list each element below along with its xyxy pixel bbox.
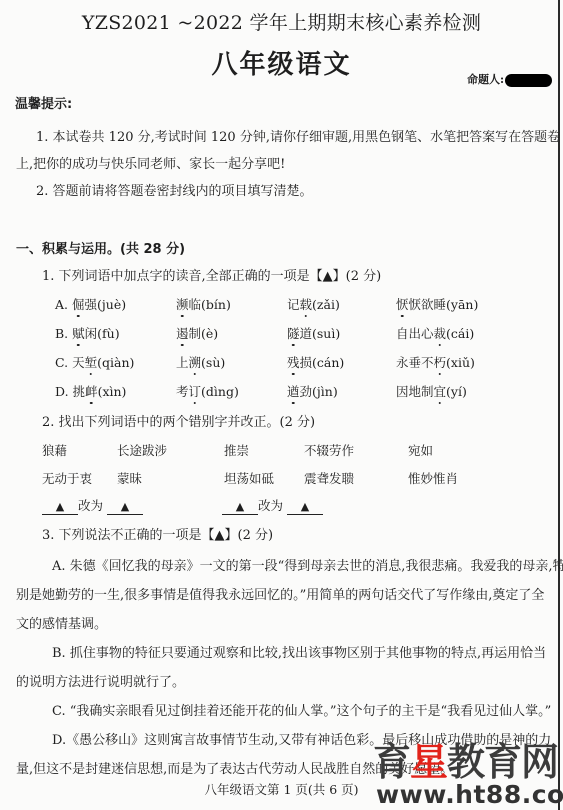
q2-word: 长途跋涉 [117, 441, 167, 459]
watermark: 育星教育网 www.ht88.com [373, 742, 563, 808]
q1-option-b-2: 遏制(è) [176, 324, 218, 342]
change-to-label: 改为 [78, 498, 103, 513]
answer-blank[interactable]: ▲ [222, 500, 258, 515]
q2-correction-2: ▲改为 ▲ [222, 496, 323, 515]
change-to-label: 改为 [258, 498, 283, 513]
q1-option-b-1: B. 赋闲(fù) [55, 324, 120, 342]
q2-stem: 2. 找出下列词语中的两个错别字并改正。(2 分) [42, 411, 315, 430]
author-line: 命题人: [467, 71, 552, 87]
q3-option-c-line-1: C. “我确实亲眼看见过倒挂着还能开花的仙人掌。”这个句子的主干是“我看见过仙人… [52, 700, 551, 719]
watermark-logo-text: 育星教育网 [373, 742, 563, 782]
q3-option-a-line-1: A. 朱德《回忆我的母亲》一文的第一段“得到母亲去世的消息,我很悲痛。我爱我的母… [52, 555, 563, 574]
section-1-title: 一、积累与运用。(共 28 分) [16, 238, 185, 257]
answer-blank[interactable]: ▲ [287, 500, 323, 515]
answer-blank[interactable]: ▲ [107, 500, 143, 515]
q2-word: 不辍劳作 [304, 441, 354, 459]
q2-correction-1: ▲改为 ▲ [42, 496, 143, 515]
q1-option-b-4: 自出心裁(cái) [396, 324, 474, 342]
q2-word: 坦荡如砥 [224, 469, 274, 487]
q1-option-b-3: 隧道(suì) [287, 324, 340, 342]
q1-stem: 1. 下列词语中加点字的读音,全部正确的一项是【▲】(2 分) [42, 265, 381, 284]
page-edge-line [558, 0, 560, 810]
q1-option-c-4: 永垂不朽(xiǔ) [396, 353, 475, 371]
q3-option-b-line-2: 的说明方法进行说明就行了。 [16, 671, 185, 690]
q1-option-c-2: 上溯(sù) [176, 353, 225, 371]
answer-blank[interactable]: ▲ [42, 500, 78, 515]
q1-option-d-4: 因地制宜(yí) [396, 382, 467, 400]
q1-option-c-1: C. 天堑(qiàn) [55, 353, 134, 371]
q2-word: 无动于衷 [42, 469, 92, 487]
q2-word: 蒙昧 [117, 469, 142, 487]
tips-label: 温馨提示: [15, 93, 72, 112]
author-label: 命题人: [467, 73, 504, 86]
q1-option-c-3: 残损(cán) [287, 353, 344, 371]
tip-2: 2. 答题前请将答题卷密封线内的项目填写清楚。 [36, 180, 313, 199]
q2-word: 震聋发聩 [304, 469, 354, 487]
q3-option-b-line-1: B. 抓住事物的特征只要通过观察和比较,找出该事物区别于其他事物的特点,再运用恰… [52, 642, 546, 661]
q2-word: 惟妙惟肖 [408, 469, 458, 487]
q1-option-a-2: 濒临(bín) [176, 295, 231, 313]
watermark-url: www.ht88.com [376, 782, 563, 808]
q3-option-a-line-3: 文的感情基调。 [16, 613, 107, 632]
q1-option-d-3: 遒劲(jìn) [287, 382, 338, 400]
q1-option-a-3: 记载(zǎi) [287, 295, 340, 313]
tip-1-line-1: 1. 本试卷共 120 分,考试时间 120 分钟,请你仔细审题,用黑色钢笔、水… [36, 126, 560, 145]
q1-option-a-1: A. 倔强(juè) [55, 295, 126, 313]
q2-word: 宛如 [408, 441, 433, 459]
q2-word: 推崇 [224, 441, 249, 459]
redaction-mark [505, 74, 552, 87]
q3-option-a-line-2: 别是她勤劳的一生,很多事情是值得我永远回忆的。”用简单的两句话交代了写作缘由,奠… [16, 584, 544, 603]
exam-title: YZS2021 ~2022 学年上期期末核心素养检测 [0, 8, 563, 35]
q1-option-d-1: D. 挑衅(xìn) [55, 382, 126, 400]
q1-option-a-4: 恹恹欲睡(yān) [396, 295, 478, 313]
q1-option-d-2: 考订(dìng) [176, 382, 239, 400]
exam-page: YZS2021 ~2022 学年上期期末核心素养检测 八年级语文 命题人: 温馨… [0, 0, 563, 810]
tip-1-line-2: 上,把你的成功与快乐同老师、家长一起分享吧! [16, 153, 285, 172]
q2-word: 狼藉 [42, 441, 67, 459]
q3-stem: 3. 下列说法不正确的一项是【▲】(2 分) [42, 524, 273, 543]
